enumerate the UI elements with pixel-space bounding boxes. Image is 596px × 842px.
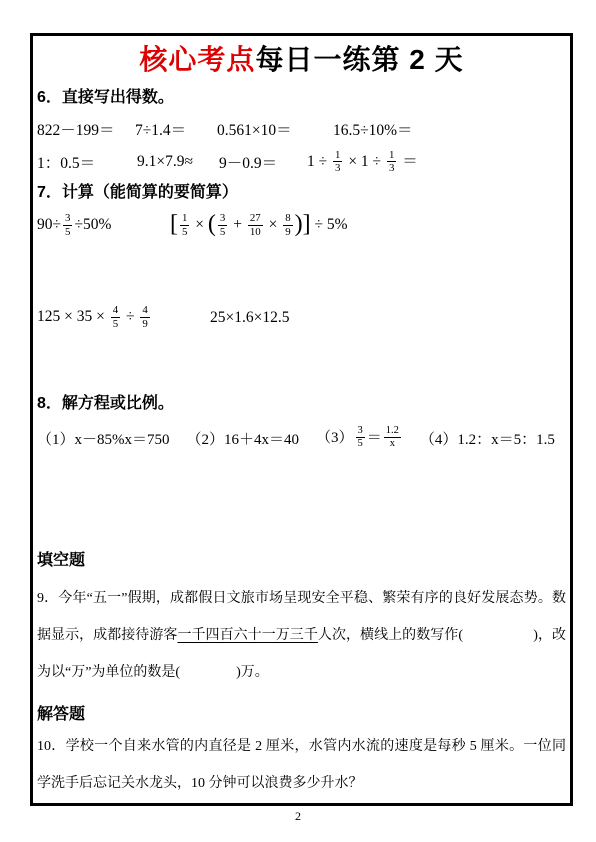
section-8-heading: 8．解方程或比例。 <box>37 394 566 414</box>
math-expression-125-x-35: 125 × 35 × 45 ÷ 49 <box>37 305 210 330</box>
equation-4-ratio: （4）1.2：x＝5：1.5 <box>420 428 555 449</box>
page-number: 2 <box>0 809 596 823</box>
math-expression-25-x-1-6-x-12-5: 25×1.6×12.5 <box>210 309 289 327</box>
math-expression-90-div-frac: 90÷35÷50% <box>37 213 170 238</box>
math-expression-9-minus-0-9: 9－0.9＝ <box>219 151 307 173</box>
question-9-paragraph: 9．今年“五一”假期，成都假日文旅市场呈现安全平稳、繁荣有序的良好发展态势。数据… <box>37 580 566 691</box>
equation-1: （1）x－85%x＝750 <box>37 428 170 449</box>
section-6-heading: 6．直接写出得数。 <box>37 88 566 108</box>
math-expression-bracket-compound: [15 × (35 + 2710 × 89)] ÷ 5% <box>170 213 348 238</box>
q7-row-a: 90÷35÷50% [15 × (35 + 2710 × 89)] ÷ 5% <box>37 207 566 245</box>
title-main: 每日一练第 2 天 <box>255 44 463 75</box>
q6-row-2: 1：0.5＝ 9.1×7.9≈ 9－0.9＝ 1 ÷ 13 × 1 ÷ 13 ＝ <box>37 146 566 178</box>
page-title: 核心考点每日一练第 2 天 <box>37 44 566 76</box>
q6-row-1: 822－199＝ 7÷1.4＝ 0.561×10＝ 16.5÷10%＝ <box>37 117 566 141</box>
page-border-frame: 核心考点每日一练第 2 天 6．直接写出得数。 822－199＝ 7÷1.4＝ … <box>30 33 573 806</box>
question-10-paragraph: 10．学校一个自来水管的内直径是 2 厘米，水管内水流的速度是每秒 5 厘米。一… <box>37 728 566 802</box>
q8-equation-row: （1）x－85%x＝750 （2）16＋4x＝40 （3）35＝1.2x （4）… <box>37 421 566 455</box>
q7-row-b: 125 × 35 × 45 ÷ 49 25×1.6×12.5 <box>37 300 566 336</box>
answer-section-heading: 解答题 <box>37 705 566 725</box>
fill-blank-heading: 填空题 <box>37 551 566 571</box>
math-expression-16-5-div-10pct: 16.5÷10%＝ <box>333 118 413 140</box>
math-expression-0-561-x10: 0.561×10＝ <box>217 118 333 140</box>
math-expression-fractions-chain: 1 ÷ 13 × 1 ÷ 13 ＝ <box>307 149 418 175</box>
title-highlight: 核心考点 <box>139 44 255 75</box>
math-expression-822-199: 822－199＝ <box>37 118 135 140</box>
math-expression-9-1-x-7-9: 9.1×7.9≈ <box>137 153 219 171</box>
math-expression-7-div-1-4: 7÷1.4＝ <box>135 118 217 140</box>
equation-3-proportion: （3）35＝1.2x <box>316 426 403 451</box>
worksheet-page: 核心考点每日一练第 2 天 6．直接写出得数。 822－199＝ 7÷1.4＝ … <box>0 0 596 842</box>
math-expression-1-ratio-0-5: 1：0.5＝ <box>37 151 137 173</box>
q9-underlined-number-words: 一千四百六十一万三千 <box>177 628 317 643</box>
section-7-heading: 7．计算（能简算的要简算） <box>37 183 566 203</box>
equation-2: （2）16＋4x＝40 <box>187 428 300 449</box>
